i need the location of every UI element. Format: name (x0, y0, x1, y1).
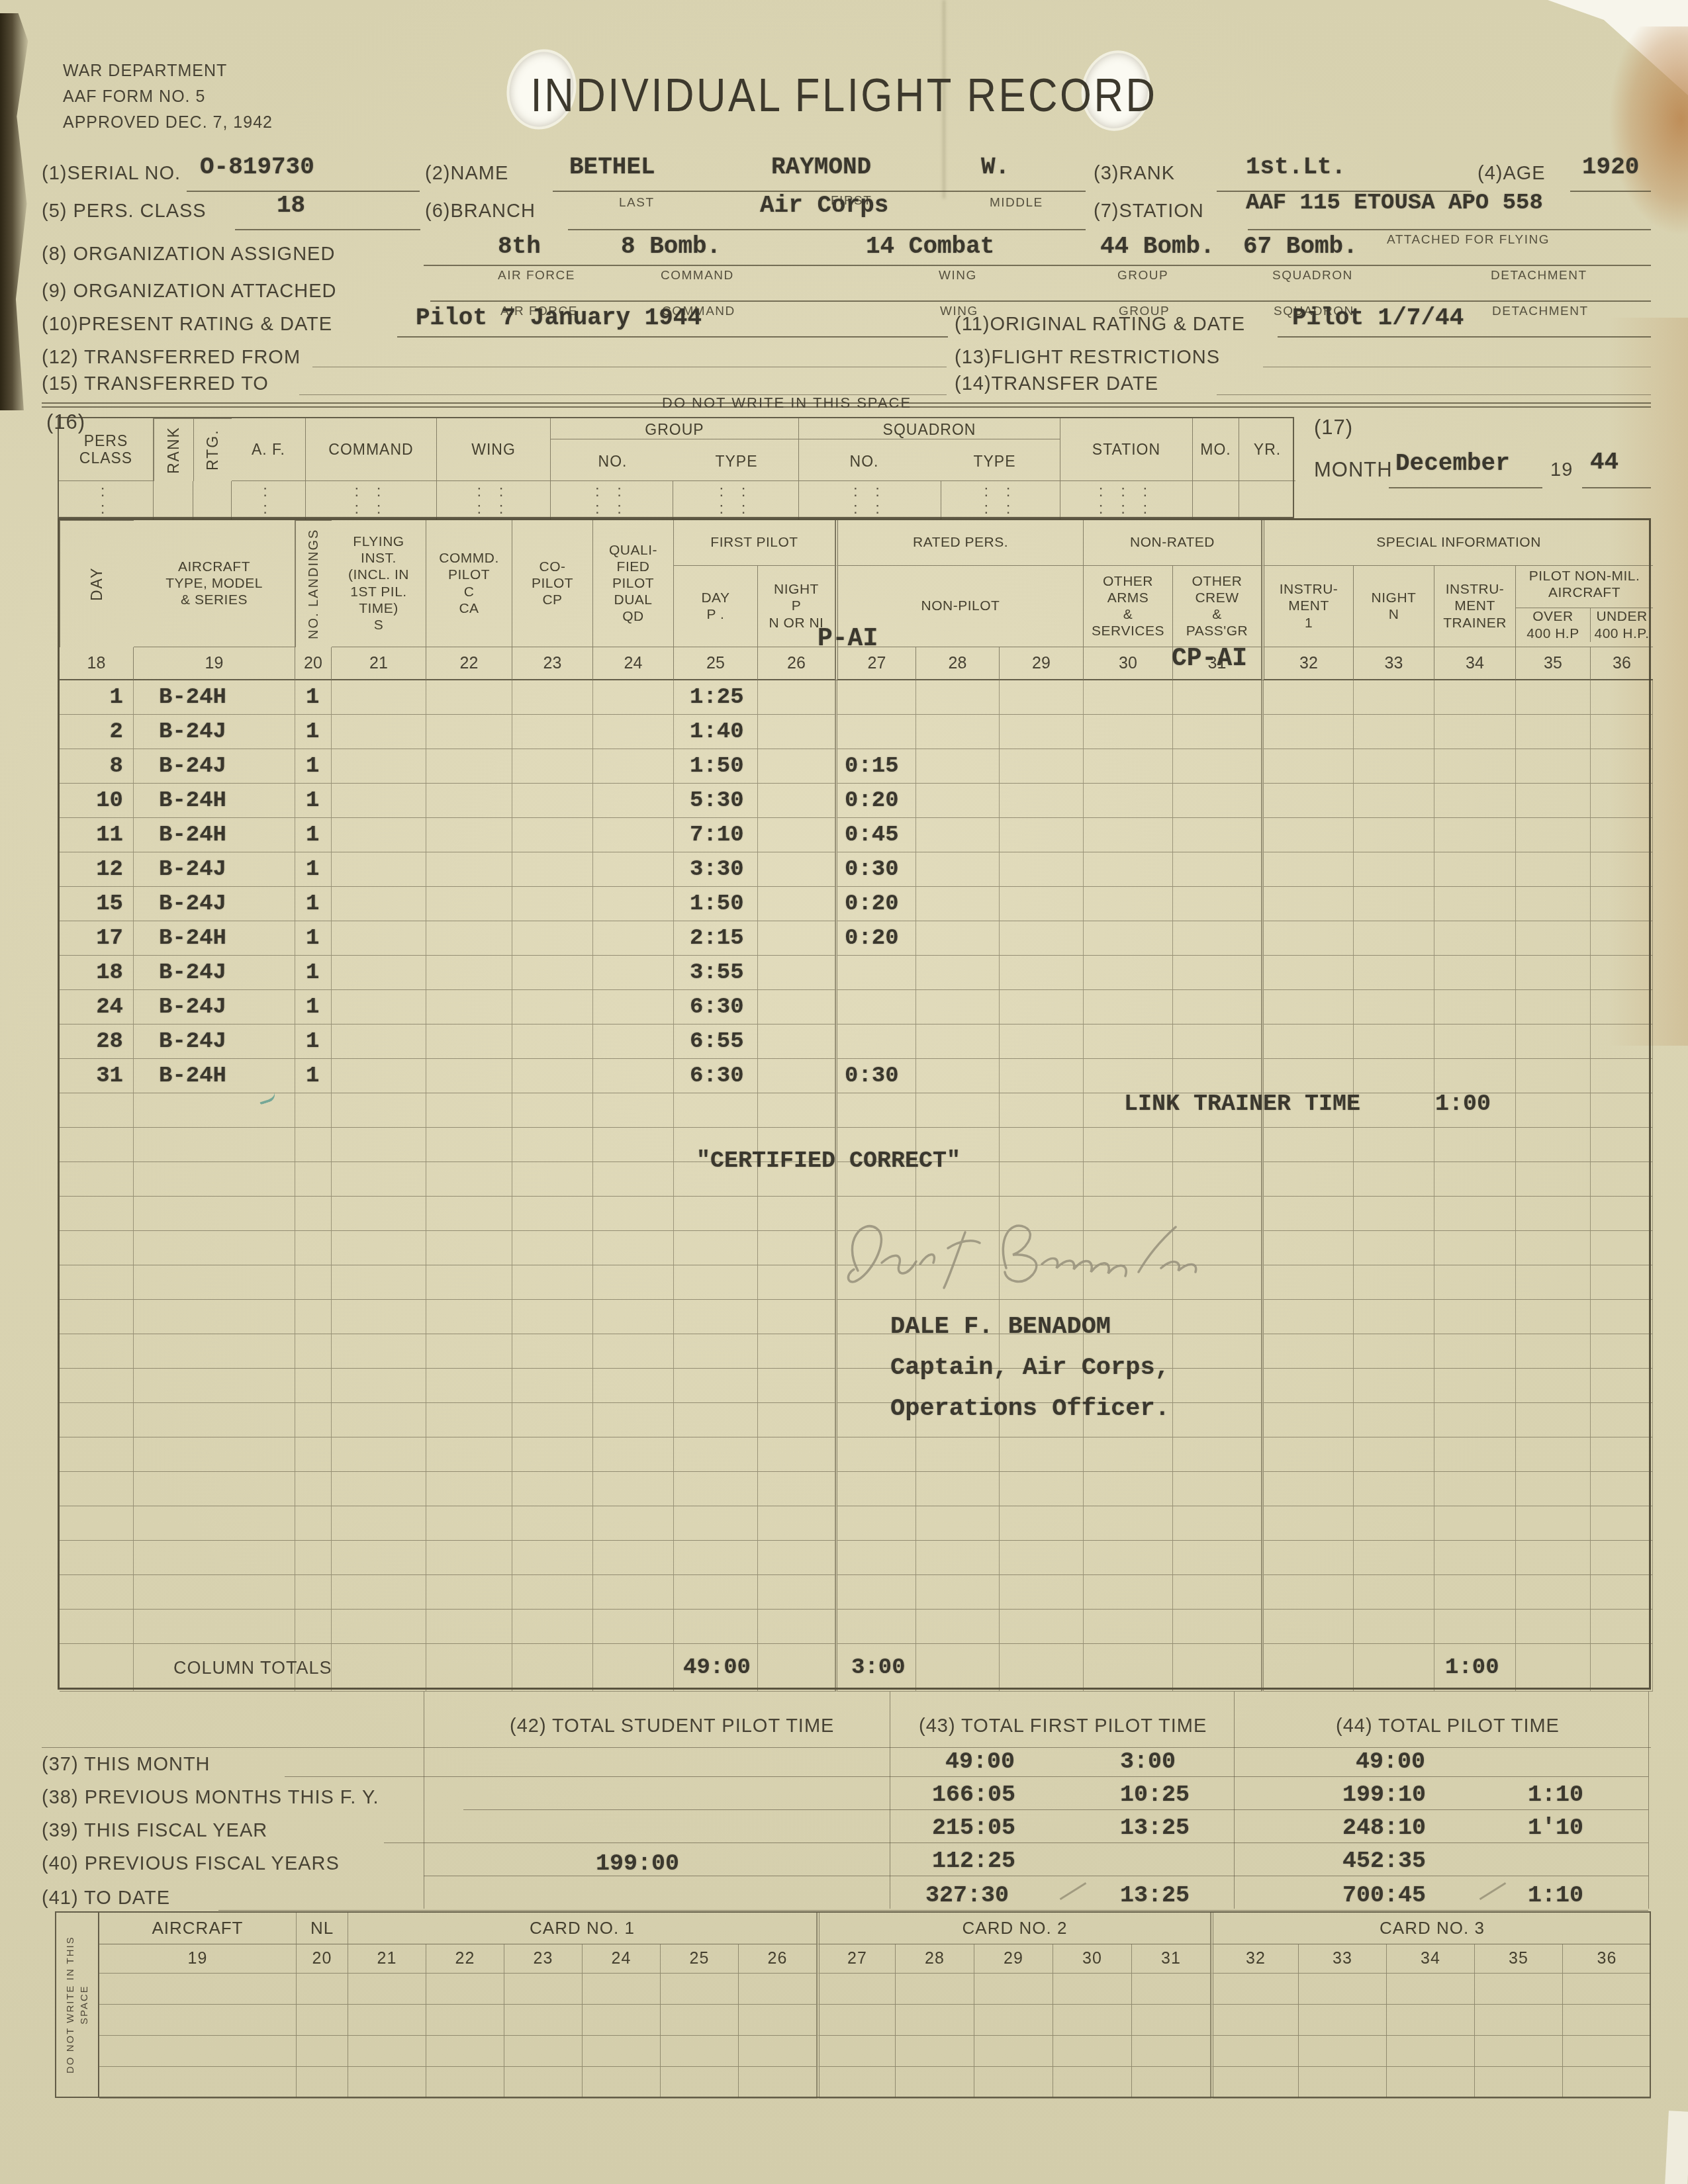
card-empty-cell (739, 2036, 817, 2067)
table-cell (134, 1334, 295, 1369)
row40-pt-day: 452:35 (1342, 1848, 1426, 1874)
table-cell (332, 1575, 426, 1610)
card-col-number: 22 (426, 1944, 504, 1974)
name-last: BETHEL (569, 154, 655, 181)
col-flying-inst-header: FLYING INST. (INCL. IN 1ST PIL. TIME) S (332, 520, 426, 647)
do-not-write-label: DO NOT WRITE IN THIS SPACE (662, 394, 912, 412)
table-cell (1262, 1231, 1354, 1265)
table-cell (758, 1334, 835, 1369)
table-cell (1434, 1334, 1516, 1369)
table-cell (674, 1610, 758, 1644)
card-col-number: 26 (739, 1944, 817, 1974)
table-cell (512, 1128, 593, 1162)
col-instrument-header: INSTRU- MENT 1 (1262, 566, 1354, 647)
flight-row: 10B-24H15:300:20 (60, 784, 1649, 818)
col-number: 24 (593, 647, 674, 680)
org-attached-label: (9) ORGANIZATION ATTACHED (42, 281, 337, 302)
table-cell (295, 1265, 332, 1300)
table-cell (295, 1197, 332, 1231)
table-cell (593, 1403, 674, 1437)
table-cell (758, 1472, 835, 1506)
table-cell (1000, 1437, 1084, 1472)
row41-fp-day: 327:30 (925, 1882, 1009, 1909)
table-cell (295, 1610, 332, 1644)
table-cell (1434, 1506, 1516, 1541)
table-cell (674, 1300, 758, 1334)
table-cell (512, 1369, 593, 1403)
table-cell (674, 1093, 758, 1128)
present-rating-underline (397, 336, 948, 338)
column-totals-overlay: COLUMN TOTALS 49:00 3:00 1:00 (60, 1644, 1649, 1692)
row37-pt-day: 49:00 (1356, 1749, 1425, 1775)
table-cell (512, 1506, 593, 1541)
branch-underline (568, 229, 1086, 230)
card-empty-cell (426, 2067, 504, 2099)
table-cell (295, 1437, 332, 1472)
table-cell (332, 1197, 426, 1231)
name-middle: W. (981, 154, 1009, 181)
card-empty-cell (739, 2067, 817, 2099)
group-non-rated: NON-RATED (1084, 520, 1262, 566)
card-col-number: 32 (1211, 1944, 1299, 1974)
table-cell (332, 1265, 426, 1300)
table-cell (674, 1231, 758, 1265)
col-aircraft-header: AIRCRAFT TYPE, MODEL & SERIES (134, 520, 295, 647)
col-copilot-header: CO- PILOT CP (512, 520, 593, 647)
table-row (60, 1506, 1649, 1541)
card-empty-cell (817, 1974, 896, 2005)
card-empty-cell (817, 2036, 896, 2067)
card-empty-cell (1211, 2036, 1299, 2067)
table-cell (593, 1437, 674, 1472)
table-cell (1434, 1197, 1516, 1231)
table-cell (332, 1437, 426, 1472)
total-trainer: 1:00 (1434, 1644, 1516, 1692)
card-empty-cell (1211, 2005, 1299, 2036)
table-cell (134, 1610, 295, 1644)
card-empty-cell (1132, 1974, 1211, 2005)
table-cell (1591, 1575, 1653, 1610)
card-empty-cell (896, 1974, 974, 2005)
table-row (60, 1334, 1649, 1369)
table-cell (332, 1506, 426, 1541)
table-cell (1262, 1197, 1354, 1231)
table-cell (60, 1369, 134, 1403)
table-cell (1262, 1541, 1354, 1575)
card-col-number: 29 (974, 1944, 1053, 1974)
card-empty-cell (99, 2005, 297, 2036)
card-empty-cell (1053, 2036, 1132, 2067)
table-cell (1516, 1541, 1591, 1575)
table-cell (758, 1575, 835, 1610)
table-row (60, 1403, 1649, 1437)
table-cell (1516, 1162, 1591, 1197)
table-cell (1262, 1610, 1354, 1644)
card-empty-cell (974, 1974, 1053, 2005)
table-cell (1354, 1369, 1434, 1403)
card-table: AIRCRAFT NL CARD NO. 1 CARD NO. 2 CARD N… (99, 1911, 1651, 2098)
flight-log-header: DAY AIRCRAFT TYPE, MODEL & SERIES NO. LA… (60, 520, 1649, 680)
branch-value: Air Corps (760, 192, 888, 219)
col-number: 18 (60, 647, 134, 680)
row38-fp-day: 166:05 (932, 1782, 1015, 1808)
org-sub-airforce: AIR FORCE (498, 269, 575, 283)
table-cell (593, 1610, 674, 1644)
table-cell (1434, 1575, 1516, 1610)
flight-log-table: DAY AIRCRAFT TYPE, MODEL & SERIES NO. LA… (58, 518, 1651, 1690)
year-underline (1582, 487, 1651, 488)
card-col-number: 36 (1563, 1944, 1651, 1974)
col-number: 32 (1262, 647, 1354, 680)
card-empty-cell (297, 1974, 348, 2005)
row41-underline (218, 1910, 1648, 1911)
do-not-write-vertical-label: DO NOT WRITE IN THIS SPACE (64, 1922, 91, 2087)
table-cell (1262, 1334, 1354, 1369)
s16-guide-af: :: (232, 481, 306, 520)
col-number: 23 (512, 647, 593, 680)
page-title: INDIVIDUAL FLIGHT RECORD (101, 69, 1587, 122)
table-cell (134, 1369, 295, 1403)
table-cell (295, 1369, 332, 1403)
row39-pt-night: 1'10 (1528, 1815, 1583, 1841)
org-value-wing: 14 Combat (866, 233, 994, 260)
s16-squadron-header: SQUADRON NO. TYPE (799, 418, 1060, 481)
s16-group-header: GROUP NO. TYPE (551, 418, 799, 481)
row41-fp-night: 13:25 (1120, 1882, 1190, 1909)
row37-underline (285, 1776, 1648, 1777)
flight-log-body: 1B-24H11:25 2B-24J11:40 8B-24J11:500:15 … (60, 680, 1649, 1692)
col-commd-pilot-header: COMMD. PILOT C CA (426, 520, 512, 647)
card-col-number: 21 (348, 1944, 426, 1974)
card-empty-cell (1475, 2036, 1563, 2067)
table-cell (295, 1575, 332, 1610)
row38-underline (463, 1809, 1648, 1810)
col-number: 35 (1516, 647, 1591, 680)
col-other-arms-header: OTHER ARMS & SERVICES (1084, 566, 1173, 647)
name-sub-middle: MIDDLE (990, 196, 1043, 210)
pers-underline (235, 229, 420, 230)
card-empty-cell (896, 2036, 974, 2067)
table-cell (295, 1128, 332, 1162)
row41-student: 199:00 (596, 1850, 679, 1877)
table-cell (1000, 1472, 1084, 1506)
table-cell (1516, 1197, 1591, 1231)
table-cell (1173, 1403, 1262, 1437)
table-cell (1434, 1162, 1516, 1197)
card2-header: CARD NO. 2 (817, 1913, 1211, 1944)
card-empty-cell (504, 2005, 583, 2036)
table-row (60, 1541, 1649, 1575)
table-cell (332, 1610, 426, 1644)
station-underline (1248, 229, 1651, 230)
table-cell (295, 1162, 332, 1197)
link-trainer-label: LINK TRAINER TIME (1124, 1091, 1360, 1117)
table-cell (134, 1162, 295, 1197)
table-cell (593, 1128, 674, 1162)
table-cell (1591, 1093, 1653, 1128)
table-cell (1591, 1162, 1653, 1197)
year-value: 44 (1590, 449, 1618, 476)
table-cell (426, 1128, 512, 1162)
s16-wing-header: WING (437, 418, 551, 481)
flight-row: 24B-24J16:30 (60, 990, 1649, 1024)
table-cell (512, 1610, 593, 1644)
branch-label: (6)BRANCH (425, 201, 536, 222)
age-underline (1570, 191, 1651, 192)
card-col-number: 28 (896, 1944, 974, 1974)
table-cell (593, 1334, 674, 1369)
org-sub-wing: WING (939, 269, 977, 283)
signer-name: DALE F. BENADOM (890, 1313, 1111, 1341)
transfer-date-label: (14)TRANSFER DATE (955, 373, 1158, 395)
table-cell (1434, 1610, 1516, 1644)
card-nl-header: NL (297, 1913, 348, 1944)
table-cell (512, 1437, 593, 1472)
table-cell (674, 1369, 758, 1403)
card-empty-cell (974, 2036, 1053, 2067)
card-aircraft-header: AIRCRAFT (99, 1913, 297, 1944)
table-cell (1173, 1437, 1262, 1472)
card-empty-cell (583, 2067, 661, 2099)
table-cell (1516, 1334, 1591, 1369)
card3-header: CARD NO. 3 (1211, 1913, 1651, 1944)
card-empty-cell (817, 2067, 896, 2099)
card-col-number: 25 (661, 1944, 739, 1974)
table-cell (295, 1506, 332, 1541)
card-empty-cell (1475, 1974, 1563, 2005)
table-cell (1262, 1437, 1354, 1472)
table-cell (332, 1300, 426, 1334)
table-cell (512, 1265, 593, 1300)
table-cell (1354, 1472, 1434, 1506)
table-cell (332, 1128, 426, 1162)
org-sub-detachment: DETACHMENT (1491, 269, 1587, 283)
table-cell (1262, 1265, 1354, 1300)
table-cell (512, 1575, 593, 1610)
table-cell (758, 1541, 835, 1575)
col-night-header: NIGHT N (1354, 566, 1434, 647)
row37-label: (37) THIS MONTH (42, 1754, 211, 1776)
table-cell (295, 1334, 332, 1369)
month-underline (1389, 487, 1542, 488)
table-cell (593, 1369, 674, 1403)
table-cell (134, 1437, 295, 1472)
s16-guide-mo (1193, 481, 1239, 520)
card-empty-cell (739, 2005, 817, 2036)
table-cell (758, 1093, 835, 1128)
table-cell (674, 1506, 758, 1541)
original-rating-underline (1278, 336, 1651, 338)
station-value: AAF 115 ETOUSA APO 558 (1246, 191, 1543, 216)
table-cell (593, 1197, 674, 1231)
table-cell (1591, 1197, 1653, 1231)
card-empty-cell (1387, 2005, 1475, 2036)
flight-row: 17B-24H12:150:20 (60, 921, 1649, 956)
card-col-number: 19 (99, 1944, 297, 1974)
total-non-pilot: 3:00 (835, 1644, 916, 1692)
s16-guide-yr (1239, 481, 1295, 520)
card-empty-cell (426, 2005, 504, 2036)
table-cell (426, 1369, 512, 1403)
table-cell (60, 1197, 134, 1231)
table-cell (426, 1334, 512, 1369)
card-empty-cell (1211, 1974, 1299, 2005)
signer-rank: Captain, Air Corps, (890, 1354, 1170, 1382)
table-cell (1516, 1575, 1591, 1610)
table-cell (1262, 1300, 1354, 1334)
table-cell (1173, 1128, 1262, 1162)
table-cell (916, 1610, 1000, 1644)
card-col-number: 27 (817, 1944, 896, 1974)
table-cell (1084, 1610, 1173, 1644)
table-cell (1000, 1610, 1084, 1644)
table-cell (1434, 1403, 1516, 1437)
age-value: 1920 (1582, 154, 1639, 181)
table-cell (1354, 1197, 1434, 1231)
table-cell (593, 1472, 674, 1506)
table-row (60, 1437, 1649, 1472)
table-cell (426, 1541, 512, 1575)
transfer-date-underline (1217, 394, 1651, 395)
table-row (60, 1575, 1649, 1610)
table-cell (512, 1162, 593, 1197)
row39-pt-day: 248:10 (1342, 1815, 1426, 1841)
table-cell (1516, 1610, 1591, 1644)
card-empty-cell (1563, 2067, 1651, 2099)
card-empty-cell (1475, 2067, 1563, 2099)
table-cell (1354, 1300, 1434, 1334)
table-cell (426, 1437, 512, 1472)
col-landings-header: NO. LANDINGS (295, 520, 332, 647)
table-cell (1434, 1541, 1516, 1575)
row41-pt-night: 1:10 (1528, 1882, 1583, 1909)
table-cell (134, 1231, 295, 1265)
card-empty-cell (1211, 2067, 1299, 2099)
card-empty-cell (99, 2067, 297, 2099)
s16-mo-header: MO. (1193, 418, 1239, 481)
col-number: 28 (916, 647, 1000, 680)
table-cell (295, 1472, 332, 1506)
org-assigned-underline (424, 265, 1651, 266)
table-cell (835, 1506, 916, 1541)
table-cell (1591, 1403, 1653, 1437)
row39-label: (39) THIS FISCAL YEAR (42, 1820, 267, 1842)
org-assigned-label: (8) ORGANIZATION ASSIGNED (42, 244, 335, 265)
serial-value: O-819730 (200, 154, 314, 181)
card-empty-cell (1132, 2036, 1211, 2067)
table-cell (332, 1231, 426, 1265)
table-cell (134, 1541, 295, 1575)
total-first-pilot-day: 49:00 (674, 1644, 758, 1692)
year-prefix: 19 (1550, 459, 1573, 481)
card-empty-cell (583, 2036, 661, 2067)
flight-row: 8B-24J11:500:15 (60, 749, 1649, 784)
card-empty-cell (1475, 2005, 1563, 2036)
month-label: MONTH (1314, 458, 1393, 482)
table-cell (1084, 1437, 1173, 1472)
table-cell (758, 1437, 835, 1472)
table-cell (512, 1197, 593, 1231)
do-not-write-strip: DO NOT WRITE IN THIS SPACE (55, 1911, 99, 2098)
present-rating-value: Pilot 7 January 1944 (416, 304, 702, 332)
s16-guide-wing: : :: : (437, 481, 551, 520)
s16-rank-header: RANK (154, 418, 193, 481)
table-cell (60, 1093, 134, 1128)
table-cell (60, 1128, 134, 1162)
table-cell (426, 1093, 512, 1128)
flight-row: 15B-24J11:500:20 (60, 887, 1649, 921)
scan-bottom-slip (1665, 2111, 1688, 2184)
table-cell (1173, 1506, 1262, 1541)
table-cell (512, 1093, 593, 1128)
pencil-mark (1479, 1882, 1507, 1900)
card-col-number: 33 (1299, 1944, 1387, 1974)
col-number: 22 (426, 647, 512, 680)
card-empty-cell (1563, 2036, 1651, 2067)
table-cell (512, 1472, 593, 1506)
signer-title: Operations Officer. (890, 1395, 1170, 1423)
table-cell (593, 1575, 674, 1610)
org-sub-group: GROUP (1117, 269, 1168, 283)
table-cell (1516, 1506, 1591, 1541)
table-cell (758, 1506, 835, 1541)
table-cell (1516, 1437, 1591, 1472)
table-cell (295, 1093, 332, 1128)
table-cell (1262, 1128, 1354, 1162)
flight-restrictions-underline (1263, 367, 1651, 367)
card-empty-cell (348, 2036, 426, 2067)
row37-fp-night: 3:00 (1120, 1749, 1176, 1775)
table-cell (674, 1197, 758, 1231)
table-cell (1000, 1093, 1084, 1128)
table-cell (1591, 1610, 1653, 1644)
card-empty-cell (1132, 2005, 1211, 2036)
s16-squadron-type: TYPE (929, 453, 1060, 470)
card-empty-cell (1053, 2067, 1132, 2099)
name-sub-last: LAST (619, 196, 655, 210)
total-student-header: (42) TOTAL STUDENT PILOT TIME (510, 1715, 834, 1737)
row40-label: (40) PREVIOUS FISCAL YEARS (42, 1853, 340, 1875)
s16-squadron-caption: SQUADRON (799, 421, 1060, 439)
table-cell (426, 1610, 512, 1644)
card-empty-cell (1299, 2067, 1387, 2099)
s16-pers-class-header: PERS CLASS (59, 418, 154, 481)
table-cell (426, 1506, 512, 1541)
org-value-airforce: 8th (498, 233, 541, 260)
table-cell (916, 1506, 1000, 1541)
table-cell (1173, 1575, 1262, 1610)
typed-header-p-ai: P-AI (818, 625, 878, 653)
pers-class-label: (5) PERS. CLASS (42, 201, 207, 222)
table-cell (134, 1472, 295, 1506)
org-attached-underline (430, 300, 1651, 302)
table-cell (134, 1197, 295, 1231)
table-cell (1591, 1506, 1653, 1541)
table-cell (1591, 1265, 1653, 1300)
flight-row: 31B-24H16:300:30 (60, 1059, 1649, 1093)
flight-row: 2B-24J11:40 (60, 715, 1649, 749)
table-cell (1354, 1437, 1434, 1472)
group-rated-pers: RATED PERS. (835, 520, 1084, 566)
table-cell (1591, 1437, 1653, 1472)
table-cell (512, 1300, 593, 1334)
row38-fp-night: 10:25 (1120, 1782, 1190, 1808)
totals-divider-4 (1648, 1692, 1649, 1909)
table-cell (134, 1128, 295, 1162)
table-cell (1434, 1300, 1516, 1334)
table-cell (1173, 1472, 1262, 1506)
card-empty-cell (348, 1974, 426, 2005)
